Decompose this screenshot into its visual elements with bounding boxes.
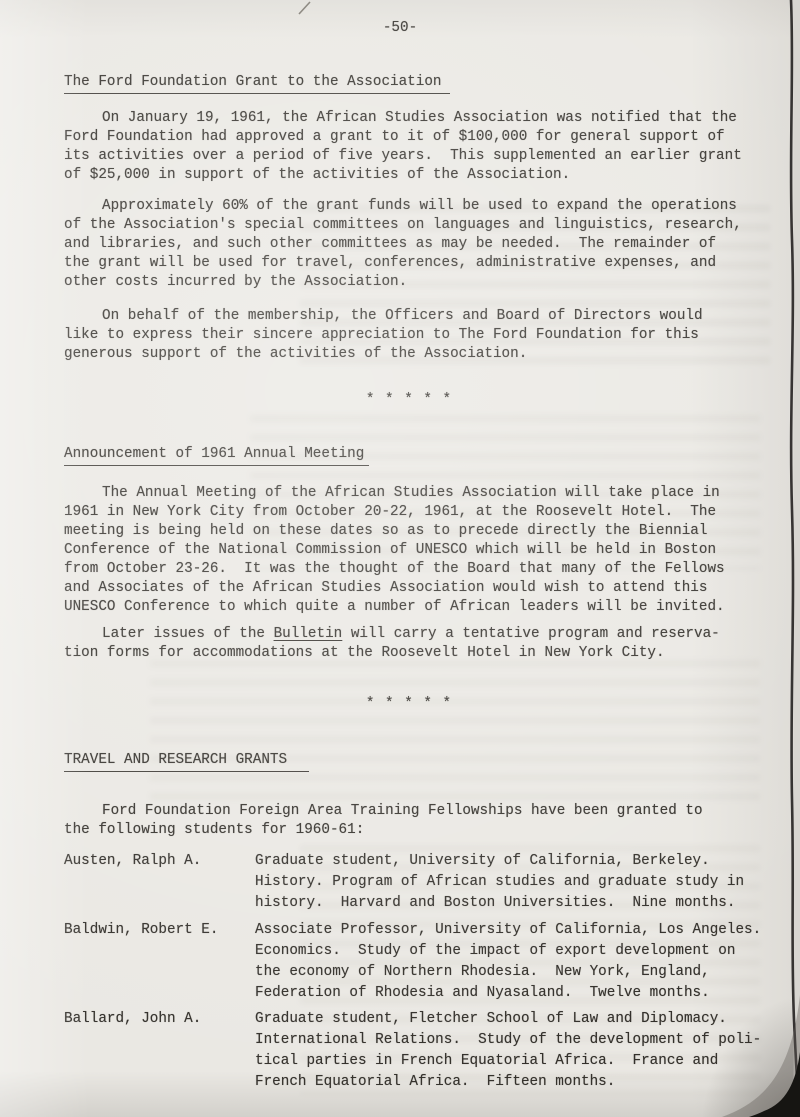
bleed-through-texture <box>150 660 760 800</box>
scanned-document-page: -50- The Ford Foundation Grant to the As… <box>0 0 800 1117</box>
body-text: will carry a tentative program and reser… <box>342 626 720 642</box>
grant-desc-line: Graduate student, University of Californ… <box>255 851 744 872</box>
body-line: 1961 in New York City from October 20-22… <box>64 503 725 522</box>
section-heading-annual-meeting: Announcement of 1961 Annual Meeting <box>64 446 369 466</box>
grant-description: Associate Professor, University of Calif… <box>255 920 761 1004</box>
body-line: Conference of the National Commission of… <box>64 541 725 560</box>
body-line: On behalf of the membership, the Officer… <box>64 307 703 326</box>
grant-desc-line: tical parties in French Equatorial Afric… <box>255 1051 761 1072</box>
body-line: meeting is being held on these dates so … <box>64 522 725 541</box>
grant-desc-line: history. Harvard and Boston Universities… <box>255 893 744 914</box>
body-line: Later issues of the Bulletin will carry … <box>64 625 720 644</box>
body-line: of $25,000 in support of the activities … <box>64 166 742 185</box>
grant-desc-line: the economy of Northern Rhodesia. New Yo… <box>255 962 761 983</box>
body-line: the grant will be used for travel, confe… <box>64 254 742 273</box>
body-line: from October 23-26. It was the thought o… <box>64 560 725 579</box>
body-line: other costs incurred by the Association. <box>64 273 742 292</box>
grant-entry-austen: Austen, Ralph A. Graduate student, Unive… <box>64 851 744 914</box>
page-edge-strip <box>794 0 800 1117</box>
grant-description: Graduate student, University of Californ… <box>255 851 744 914</box>
grant-desc-line: Economics. Study of the impact of export… <box>255 941 761 962</box>
grant-recipient-name: Ballard, John A. <box>64 1009 201 1030</box>
grant-desc-line: History. Program of African studies and … <box>255 872 744 893</box>
paragraph-ford-grant-2: Approximately 60% of the grant funds wil… <box>64 197 742 292</box>
body-line: The Annual Meeting of the African Studie… <box>64 484 725 503</box>
paragraph-travel-grants-intro: Ford Foundation Foreign Area Training Fe… <box>64 802 703 840</box>
grant-recipient-name: Baldwin, Robert E. <box>64 920 218 941</box>
grant-description: Graduate student, Fletcher School of Law… <box>255 1009 761 1093</box>
grant-entry-ballard: Ballard, John A. Graduate student, Fletc… <box>64 1009 761 1093</box>
body-line: Ford Foundation Foreign Area Training Fe… <box>64 802 703 821</box>
stars-separator: * * * * * <box>64 392 754 408</box>
scratch-mark <box>299 2 310 14</box>
grant-desc-line: International Relations. Study of the de… <box>255 1030 761 1051</box>
page-number: -50- <box>0 20 800 36</box>
grant-desc-line: Graduate student, Fletcher School of Law… <box>255 1009 761 1030</box>
body-line: UNESCO Conference to which quite a numbe… <box>64 598 725 617</box>
grant-desc-line: Associate Professor, University of Calif… <box>255 920 761 941</box>
stars-separator: * * * * * <box>64 696 754 712</box>
body-line: and libraries, and such other committees… <box>64 235 742 254</box>
grant-desc-line: Federation of Rhodesia and Nyasaland. Tw… <box>255 983 761 1004</box>
body-line: generous support of the activities of th… <box>64 345 703 364</box>
paragraph-annual-meeting-2: Later issues of the Bulletin will carry … <box>64 625 720 663</box>
body-line: tion forms for accommodations at the Roo… <box>64 644 720 663</box>
grant-recipient-name: Austen, Ralph A. <box>64 851 201 872</box>
page-edge-line <box>791 0 799 1117</box>
paragraph-ford-grant-3: On behalf of the membership, the Officer… <box>64 307 703 364</box>
body-text: Later issues of the <box>102 626 274 642</box>
body-line: its activities over a period of five yea… <box>64 147 742 166</box>
body-line: and Associates of the African Studies As… <box>64 579 725 598</box>
grant-desc-line: French Equatorial Africa. Fifteen months… <box>255 1072 761 1093</box>
body-line: Ford Foundation had approved a grant to … <box>64 128 742 147</box>
section-heading-travel-grants: TRAVEL AND RESEARCH GRANTS <box>64 752 309 772</box>
body-line: On January 19, 1961, the African Studies… <box>64 109 742 128</box>
body-line: Approximately 60% of the grant funds wil… <box>64 197 742 216</box>
body-line: the following students for 1960-61: <box>64 821 703 840</box>
body-line: like to express their sincere appreciati… <box>64 326 703 345</box>
underlined-word-bulletin: Bulletin <box>274 626 343 642</box>
paragraph-ford-grant-1: On January 19, 1961, the African Studies… <box>64 109 742 185</box>
grant-entry-baldwin: Baldwin, Robert E. Associate Professor, … <box>64 920 761 1004</box>
body-line: of the Association's special committees … <box>64 216 742 235</box>
paragraph-annual-meeting-1: The Annual Meeting of the African Studie… <box>64 484 725 617</box>
section-heading-ford-grant: The Ford Foundation Grant to the Associa… <box>64 74 450 94</box>
